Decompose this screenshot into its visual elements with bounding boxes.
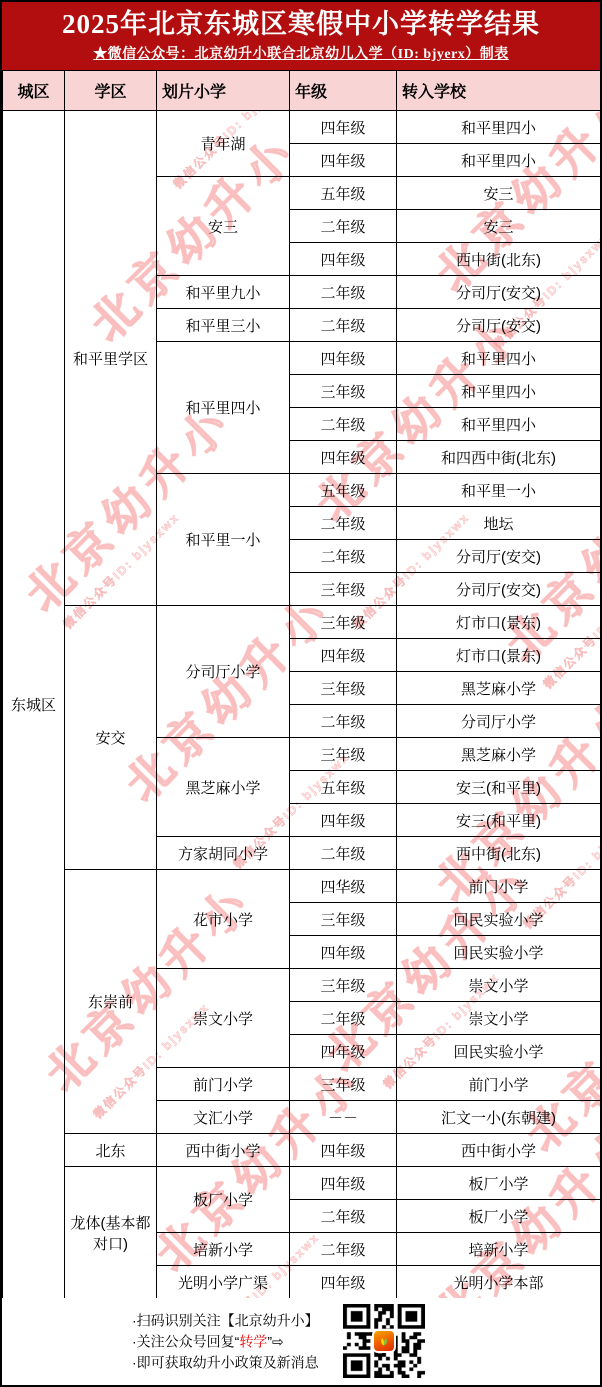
target-school-cell: 汇文一小(东朝建) (397, 1101, 601, 1134)
grade-cell: 二年级 (290, 1233, 397, 1266)
header-district: 城区 (3, 71, 65, 111)
header-school-district: 学区 (65, 71, 157, 111)
target-school-cell: 分司厅(安交) (397, 573, 601, 606)
target-school-cell: 西中街(北东) (397, 243, 601, 276)
target-school-cell: 安三(和平里) (397, 771, 601, 804)
target-school-cell: 安三(和平里) (397, 804, 601, 837)
target-school-cell: 安三 (397, 177, 601, 210)
target-school-cell: 分司厅(安交) (397, 540, 601, 573)
grade-cell: 五年级 (290, 177, 397, 210)
transfer-table-body: 东城区和平里学区青年湖四年级和平里四小四年级和平里四小安三五年级安三二年级安三四… (3, 111, 601, 1299)
qr-code (343, 1304, 425, 1378)
grade-cell: 二年级 (290, 309, 397, 342)
planned-school-cell: 光明小学广渠 (157, 1266, 290, 1299)
planned-school-cell: 前门小学 (157, 1068, 290, 1101)
target-school-cell: 地坛 (397, 507, 601, 540)
planned-school-cell: 安三 (157, 177, 290, 276)
page: 北京幼升小北京幼升小北京幼升小北京幼升小北京幼升小北京幼升小北京幼升小北京幼升小… (0, 0, 602, 1387)
grade-cell: 四年级 (290, 144, 397, 177)
table-row: 东崇前花市小学四华级前门小学 (3, 870, 601, 903)
qr-logo-icon (372, 1329, 396, 1353)
grade-cell: 四年级 (290, 1266, 397, 1299)
grade-cell: 五年级 (290, 771, 397, 804)
grade-cell: 四年级 (290, 1134, 397, 1167)
target-school-cell: 和平里四小 (397, 408, 601, 441)
planned-school-cell: 和平里九小 (157, 276, 290, 309)
planned-school-cell: 和平里四小 (157, 342, 290, 474)
footer-line-3: ·即可获取幼升小政策及新消息 (132, 1352, 319, 1373)
planned-school-cell: 黑芝麻小学 (157, 738, 290, 837)
target-school-cell: 分司厅小学 (397, 705, 601, 738)
grade-cell: 四年级 (290, 936, 397, 969)
grade-cell: 二年级 (290, 1200, 397, 1233)
target-school-cell: 培新小学 (397, 1233, 601, 1266)
target-school-cell: 崇文小学 (397, 969, 601, 1002)
grade-cell: 二年级 (290, 276, 397, 309)
target-school-cell: 灯市口(景东) (397, 606, 601, 639)
school-district-cell: 东崇前 (65, 870, 157, 1134)
planned-school-cell: 分司厅小学 (157, 606, 290, 738)
page-title: 2025年北京东城区寒假中小学转学结果 (62, 9, 540, 40)
target-school-cell: 光明小学本部 (397, 1266, 601, 1299)
footer: ·扫码识别关注【北京幼升小】 ·关注公众号回复“转学”⇨ ·即可获取幼升小政策及… (2, 1298, 600, 1385)
target-school-cell: 板厂小学 (397, 1200, 601, 1233)
footer-keyword: 转学 (239, 1333, 267, 1349)
planned-school-cell: 西中街小学 (157, 1134, 290, 1167)
header-row: 城区 学区 划片小学 年级 转入学校 (3, 71, 601, 111)
planned-school-cell: 板厂小学 (157, 1167, 290, 1233)
grade-cell: 二年级 (290, 1002, 397, 1035)
grade-cell: 四年级 (290, 243, 397, 276)
grade-cell: 二年级 (290, 705, 397, 738)
footer-text: ·扫码识别关注【北京幼升小】 ·关注公众号回复“转学”⇨ ·即可获取幼升小政策及… (132, 1310, 319, 1373)
target-school-cell: 西中街小学 (397, 1134, 601, 1167)
target-school-cell: 黑芝麻小学 (397, 738, 601, 771)
grade-cell: 四年级 (290, 804, 397, 837)
planned-school-cell: 花市小学 (157, 870, 290, 969)
table-row: 东城区和平里学区青年湖四年级和平里四小 (3, 111, 601, 144)
sprout-icon (376, 1333, 392, 1349)
grade-cell: 四年级 (290, 1035, 397, 1068)
grade-cell: 二年级 (290, 540, 397, 573)
grade-cell: 二年级 (290, 408, 397, 441)
planned-school-cell: 和平里三小 (157, 309, 290, 342)
grade-cell: 二年级 (290, 507, 397, 540)
footer-line-1: ·扫码识别关注【北京幼升小】 (132, 1310, 319, 1331)
target-school-cell: 黑芝麻小学 (397, 672, 601, 705)
planned-school-cell: 方家胡同小学 (157, 837, 290, 870)
target-school-cell: 回民实验小学 (397, 903, 601, 936)
grade-cell: 三年级 (290, 375, 397, 408)
target-school-cell: 崇文小学 (397, 1002, 601, 1035)
grade-cell: 三年级 (290, 903, 397, 936)
grade-cell: 四年级 (290, 342, 397, 375)
target-school-cell: 回民实验小学 (397, 936, 601, 969)
target-school-cell: 分司厅(安交) (397, 309, 601, 342)
table-header: 城区 学区 划片小学 年级 转入学校 (3, 71, 601, 111)
target-school-cell: 分司厅(安交) (397, 276, 601, 309)
grade-cell: －－ (290, 1101, 397, 1134)
target-school-cell: 和平里一小 (397, 474, 601, 507)
school-district-cell: 北东 (65, 1134, 157, 1167)
target-school-cell: 灯市口(景东) (397, 639, 601, 672)
school-district-cell: 龙体(基本都对口) (65, 1167, 157, 1299)
grade-cell: 三年级 (290, 738, 397, 771)
target-school-cell: 和平里四小 (397, 342, 601, 375)
table-row: 龙体(基本都对口)板厂小学四年级板厂小学 (3, 1167, 601, 1200)
planned-school-cell: 崇文小学 (157, 969, 290, 1068)
grade-cell: 四年级 (290, 111, 397, 144)
planned-school-cell: 青年湖 (157, 111, 290, 177)
grade-cell: 五年级 (290, 474, 397, 507)
grade-cell: 四年级 (290, 639, 397, 672)
target-school-cell: 和平里四小 (397, 144, 601, 177)
footer-line-2-suffix: ”⇨ (267, 1333, 283, 1349)
table-row: 安交分司厅小学三年级灯市口(景东) (3, 606, 601, 639)
target-school-cell: 和四西中街(北东) (397, 441, 601, 474)
target-school-cell: 前门小学 (397, 1068, 601, 1101)
title-block: 2025年北京东城区寒假中小学转学结果 ★微信公众号：北京幼升小联合北京幼儿入学… (2, 2, 600, 70)
grade-cell: 四华级 (290, 870, 397, 903)
footer-line-2-prefix: ·关注公众号回复“ (132, 1333, 239, 1349)
header-grade: 年级 (290, 71, 397, 111)
target-school-cell: 安三 (397, 210, 601, 243)
district-cell: 东城区 (3, 111, 65, 1299)
school-district-cell: 和平里学区 (65, 111, 157, 606)
planned-school-cell: 培新小学 (157, 1233, 290, 1266)
target-school-cell: 和平里四小 (397, 111, 601, 144)
grade-cell: 三年级 (290, 573, 397, 606)
target-school-cell: 回民实验小学 (397, 1035, 601, 1068)
target-school-cell: 和平里四小 (397, 375, 601, 408)
planned-school-cell: 文汇小学 (157, 1101, 290, 1134)
grade-cell: 四年级 (290, 1167, 397, 1200)
planned-school-cell: 和平里一小 (157, 474, 290, 606)
grade-cell: 二年级 (290, 210, 397, 243)
grade-cell: 三年级 (290, 672, 397, 705)
grade-cell: 三年级 (290, 1068, 397, 1101)
page-subtitle: ★微信公众号：北京幼升小联合北京幼儿入学（ID: bjyerx）制表 (93, 43, 509, 63)
grade-cell: 四年级 (290, 441, 397, 474)
header-planned-school: 划片小学 (157, 71, 290, 111)
grade-cell: 三年级 (290, 606, 397, 639)
footer-line-2: ·关注公众号回复“转学”⇨ (132, 1331, 319, 1352)
target-school-cell: 板厂小学 (397, 1167, 601, 1200)
table-row: 北东西中街小学四年级西中街小学 (3, 1134, 601, 1167)
school-district-cell: 安交 (65, 606, 157, 870)
transfer-table: 城区 学区 划片小学 年级 转入学校 东城区和平里学区青年湖四年级和平里四小四年… (2, 70, 601, 1299)
target-school-cell: 前门小学 (397, 870, 601, 903)
header-target-school: 转入学校 (397, 71, 601, 111)
grade-cell: 三年级 (290, 969, 397, 1002)
grade-cell: 二年级 (290, 837, 397, 870)
target-school-cell: 西中街(北东) (397, 837, 601, 870)
